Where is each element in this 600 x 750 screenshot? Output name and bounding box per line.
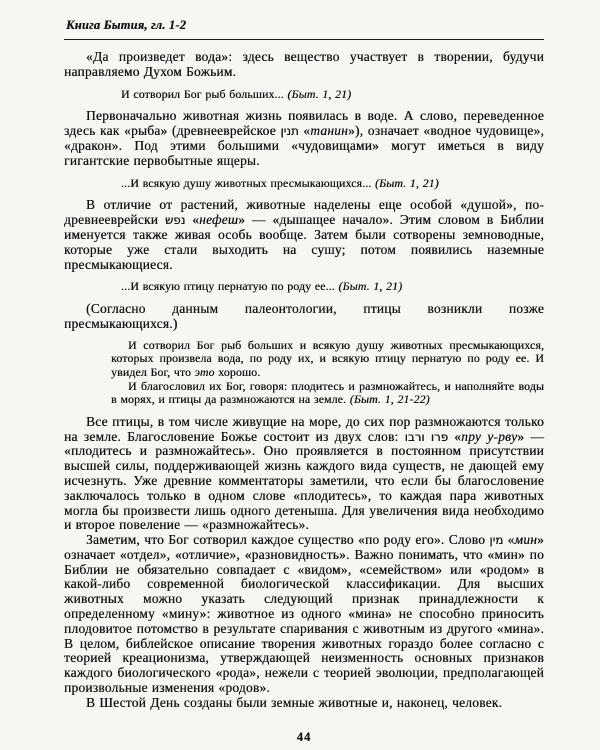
text-run: «	[185, 212, 199, 227]
text-run: хорошо.	[215, 365, 261, 379]
emphasis-text: нефеш	[199, 212, 238, 227]
emphasis-text: мин	[514, 532, 537, 547]
text-run: «	[503, 532, 514, 547]
text-run: » означает «отдел», «отличие», «разновид…	[64, 532, 544, 695]
paragraph-verse: ...И всякую птицу пернатую по роду ее...…	[121, 280, 544, 293]
running-head: Книга Бытия, гл. 1-2	[64, 12, 544, 40]
paragraph-body: «Да произведет вода»: здесь вещество уча…	[64, 50, 544, 80]
text-run: В Шестой День созданы были земные животн…	[86, 695, 502, 710]
text-run: И сотворил Бог рыб больших...	[121, 87, 287, 101]
text-run: » — «плодитесь и размножайтесь». Оно про…	[64, 429, 544, 533]
paragraph-quote: И благословил их Бог, говоря: плодитесь …	[111, 380, 544, 407]
emphasis-text: (Быт. 1, 21)	[287, 87, 351, 101]
hebrew-term: פרו ורבו	[405, 430, 448, 444]
hebrew-term: נפש	[165, 213, 185, 227]
paragraph-body: Заметим, что Бог сотворил каждое существ…	[64, 533, 544, 696]
emphasis-text: пру у-рву	[461, 429, 517, 444]
text-run: Заметим, что Бог сотворил каждое существ…	[86, 532, 489, 547]
paragraph-body: В отличие от растений, животные наделены…	[64, 198, 544, 272]
text-run: ...И всякую птицу пернатую по роду ее...	[121, 279, 338, 293]
paragraph-body: Все птицы, в том числе живущие на море, …	[64, 415, 544, 533]
paragraph-body: (Согласно данным палеонтологии, птицы во…	[64, 302, 544, 332]
text-run: «	[299, 123, 310, 138]
text-run: И благословил их Бог, говоря: плодитесь …	[111, 379, 544, 407]
emphasis-text: (Быт. 1, 21)	[338, 279, 402, 293]
text-run: «	[448, 429, 461, 444]
page-number: 44	[64, 730, 544, 745]
emphasis-text: танин	[310, 123, 348, 138]
text-run: (Согласно данным палеонтологии, птицы во…	[64, 301, 544, 331]
text-run: «Да произведет вода»: здесь вещество уча…	[64, 49, 544, 79]
text-run: ...И всякую душу животных пресмыкающихся…	[121, 176, 375, 190]
emphasis-text: (Быт. 1, 21)	[375, 176, 439, 190]
paragraph-body: Первоначально животная жизнь появилась в…	[64, 109, 544, 168]
emphasis-text: (Быт. 1, 21-22)	[350, 392, 430, 406]
hebrew-term: תנין	[280, 124, 298, 138]
paragraph-body: В Шестой День созданы были земные животн…	[64, 696, 544, 711]
paragraph-quote: И сотворил Бог рыб больших и всякую душу…	[111, 339, 544, 380]
hebrew-term: מין	[489, 533, 503, 547]
book-page: Книга Бытия, гл. 1-2 «Да произведет вода…	[0, 0, 600, 750]
text-run: И сотворил Бог рыб больших и всякую душу…	[111, 338, 544, 379]
paragraph-verse: ...И всякую душу животных пресмыкающихся…	[121, 177, 544, 190]
emphasis-text: это	[195, 365, 215, 379]
page-body: «Да произведет вода»: здесь вещество уча…	[64, 50, 544, 711]
paragraph-verse: И сотворил Бог рыб больших... (Быт. 1, 2…	[121, 88, 544, 101]
